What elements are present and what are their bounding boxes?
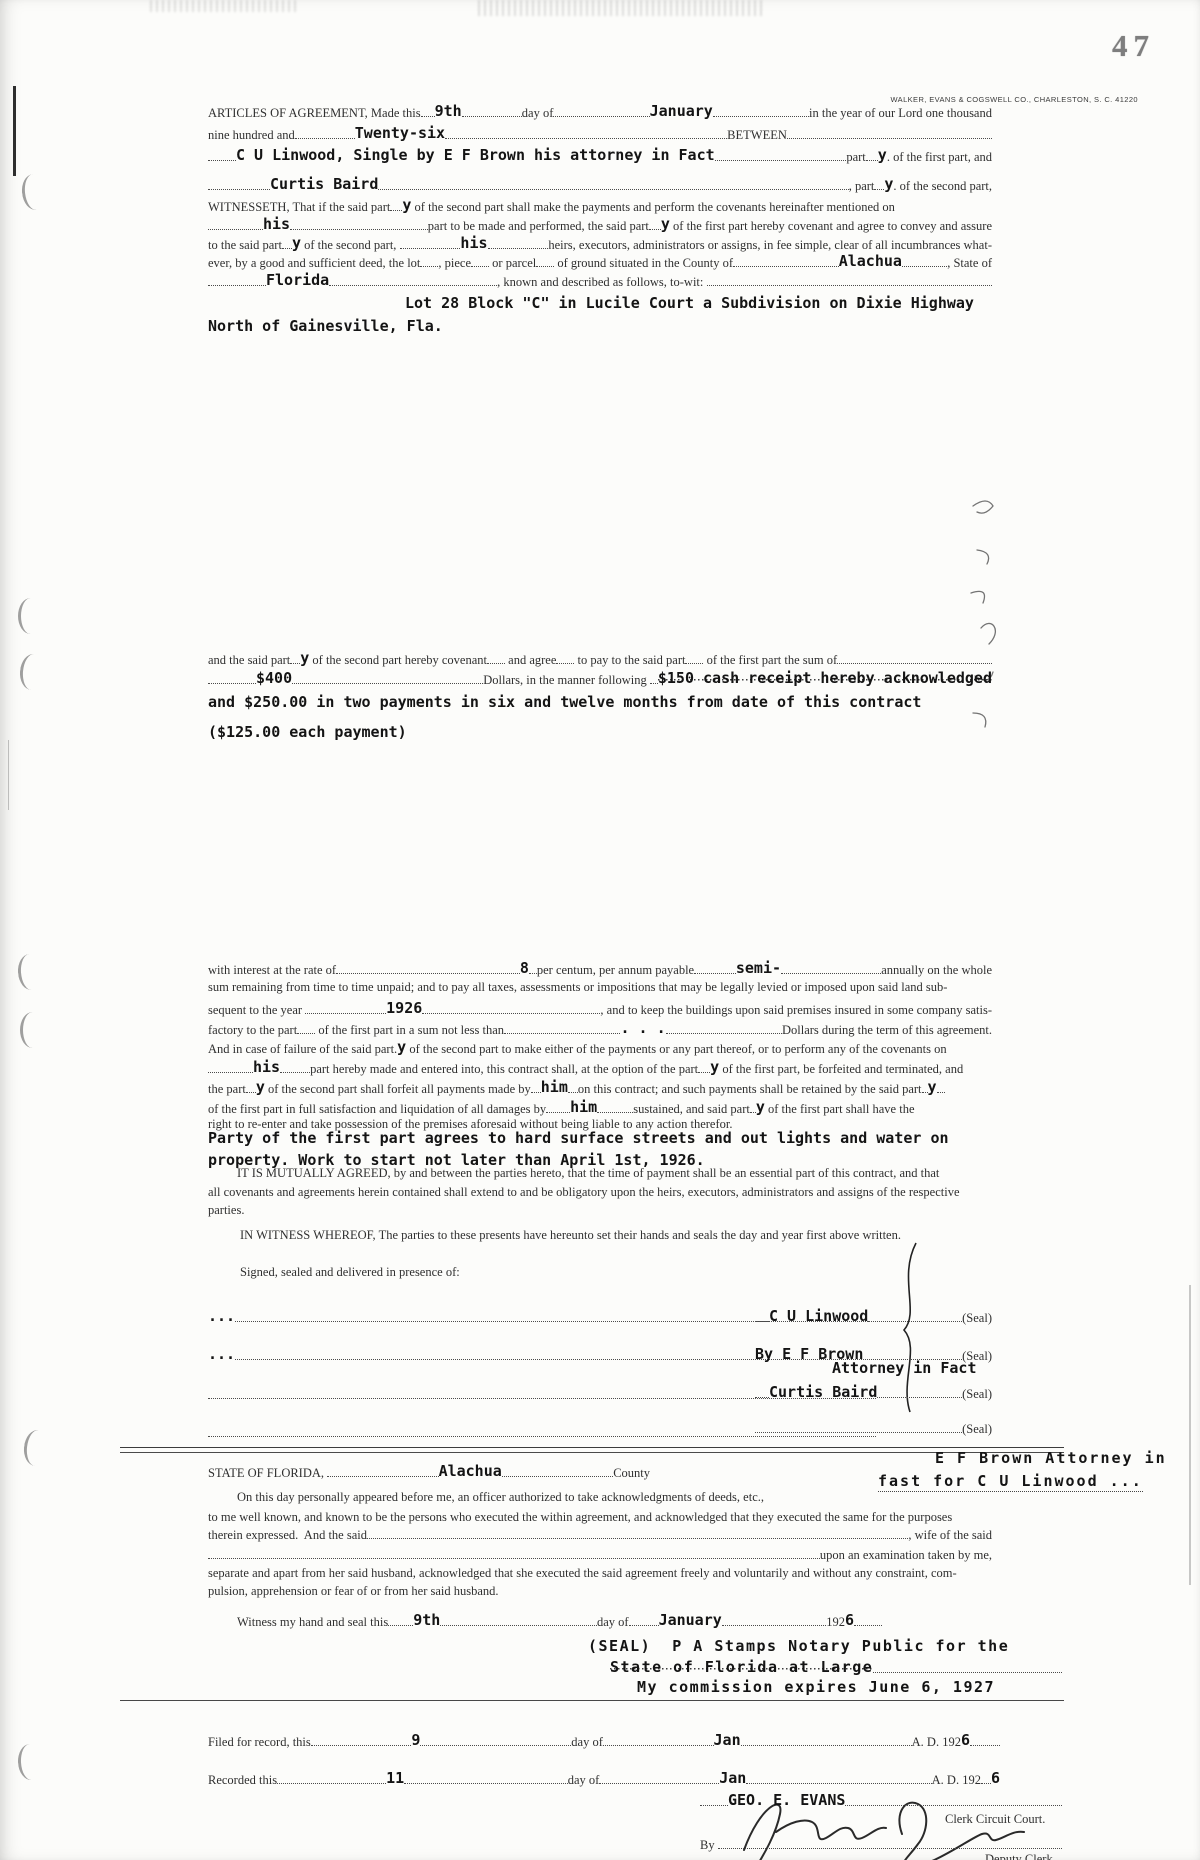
printed-text: the part (208, 1082, 246, 1097)
ack-line-1: On this day personally appeared before m… (237, 1490, 764, 1505)
typed-text: him (541, 1078, 568, 1096)
printed-text: A. D. 192 (932, 1773, 981, 1788)
dotted-blank (400, 244, 461, 249)
printed-text: , wife of the said (908, 1528, 992, 1543)
dotted-blank (531, 1088, 541, 1093)
attorney-in-fact-note: Attorney in Fact (832, 1360, 977, 1378)
printed-text: Filed for record, this (208, 1735, 311, 1750)
printed-text: , part (849, 179, 875, 194)
payment-line-2: $400Dollars, in the manner following $15… (208, 670, 992, 688)
printed-text: , and to keep the buildings upon said pr… (600, 1003, 992, 1018)
typed-text: . . . (620, 1019, 665, 1037)
dotted-blank (722, 1621, 826, 1626)
printed-text: of ground situated in the County of (554, 256, 733, 271)
typed-text: 11 (386, 1769, 404, 1787)
witnesseth-line-1: WITNESSETH, That if the said party of th… (208, 197, 895, 215)
party-sig-row-4: (Seal) (755, 1422, 992, 1437)
dotted-blank (868, 1317, 962, 1322)
dotted-blank (877, 1393, 962, 1398)
first-party-line: C U Linwood, Single by E F Brown his att… (208, 147, 992, 165)
printed-text: parties. (208, 1203, 244, 1218)
dotted-blank (471, 262, 489, 267)
printed-text: day of (522, 106, 554, 121)
mutually-agreed-line-1: IT IS MUTUALLY AGREED, by and between th… (237, 1166, 939, 1181)
punch-hole (22, 1429, 51, 1467)
scan-smudge (478, 0, 763, 16)
printed-text: of the second part shall forfeit all pay… (265, 1082, 531, 1097)
printed-text: of the first part in full satisfaction a… (208, 1102, 546, 1117)
ack-line-2: to me well known, and known to be the pe… (208, 1510, 952, 1525)
payment-line-3: and $250.00 in two payments in six and t… (208, 694, 921, 712)
printed-text: of the first part, be forfeited and term… (719, 1062, 963, 1077)
printed-text: Deputy Clerk (985, 1852, 1053, 1860)
typed-text: 6 (845, 1611, 854, 1629)
typed-text: January (659, 1611, 722, 1629)
typed-text: State of Florida at Large (610, 1658, 873, 1676)
dotted-blank (208, 281, 266, 286)
dotted-blank (781, 969, 881, 974)
printed-text: . of the second part, (893, 179, 992, 194)
printed-text: day of (597, 1615, 629, 1630)
printed-text: BETWEEN (727, 128, 787, 143)
notary-party-note-2: fast for C U Linwood ... (878, 1473, 1143, 1493)
property-description-1: Lot 28 Block "C" in Lucile Court a Subdi… (405, 295, 974, 313)
ack-line-3: therein expressed. And the said, wife of… (208, 1528, 992, 1543)
printed-text: of the first part shall have the (765, 1102, 915, 1117)
printed-text: to me well known, and known to be the pe… (208, 1510, 952, 1525)
dotted-blank (378, 185, 848, 190)
dotted-blank (208, 679, 256, 684)
dotted-blank (718, 1844, 1062, 1849)
section-divider (120, 1447, 1064, 1453)
printed-text: Clerk Circuit Court. (945, 1812, 1045, 1827)
dotted-blank (902, 262, 947, 267)
printed-text: therein expressed. And the said (208, 1528, 367, 1543)
interest-line-2: sum remaining from time to time unpaid; … (208, 980, 947, 995)
punch-hole (20, 173, 49, 211)
dotted-blank (420, 1741, 571, 1746)
dotted-blank (404, 1779, 568, 1784)
dotted-blank (536, 262, 554, 267)
dotted-blank (937, 1088, 945, 1093)
typed-text: 9th (435, 102, 462, 120)
typed-text: $400 (256, 669, 292, 687)
notary-stamp-3: My commission expires June 6, 1927 (637, 1679, 995, 1697)
dotted-blank (755, 1428, 962, 1433)
typed-text: Alachua (839, 252, 902, 270)
dotted-blank (208, 156, 236, 161)
dotted-blank (556, 659, 574, 664)
typed-text: Curtis Baird (769, 1383, 877, 1401)
typed-text: 1926 (386, 999, 422, 1017)
printed-text: (Seal) (962, 1387, 992, 1402)
dotted-blank (488, 244, 549, 249)
printed-text: Dollars, in the manner following (483, 673, 650, 688)
dotted-blank (981, 1779, 991, 1784)
typed-text: Jan (714, 1731, 741, 1749)
printed-text: , piece (438, 256, 471, 271)
witnesseth-line-5: Florida, known and described as follows,… (208, 272, 992, 290)
dotted-blank (694, 969, 736, 974)
clerk-name-line: GEO. E. EVANS (700, 1792, 1062, 1810)
printed-text: pulsion, apprehension or fear of or from… (208, 1584, 499, 1599)
printed-text: (Seal) (962, 1422, 992, 1437)
printed-text: ever, by a good and sufficient deed, the… (208, 256, 420, 271)
printed-text: ARTICLES OF AGREEMENT, Made this (208, 106, 421, 121)
typed-text: y (878, 146, 887, 164)
printed-text: part to be made and performed, the said … (428, 219, 649, 234)
printed-text: 192 (826, 1615, 845, 1630)
witness-whereof-line: IN WITNESS WHEREOF, The parties to these… (240, 1228, 901, 1243)
party-sig-row-3: Curtis Baird(Seal) (755, 1384, 992, 1402)
date-line: ARTICLES OF AGREEMENT, Made this9thday o… (208, 103, 992, 121)
printed-text: with interest at the rate of (208, 963, 336, 978)
dotted-blank (305, 1009, 386, 1014)
second-party-line: Curtis Baird, party. of the second part, (208, 176, 992, 194)
typed-text: his (263, 215, 290, 233)
typed-text: him (570, 1098, 597, 1116)
dotted-blank (208, 1068, 253, 1073)
printed-text: in the year of our Lord one thousand (809, 106, 992, 121)
punch-hole (18, 653, 46, 691)
printed-text: annually on the whole (881, 963, 992, 978)
typed-text: fast for C U Linwood ... (878, 1472, 1143, 1492)
dotted-blank (546, 1108, 570, 1113)
typed-text: January (650, 102, 713, 120)
typed-text: y (402, 196, 411, 214)
interest-line-1: with interest at the rate of8per centum,… (208, 960, 992, 978)
punch-hole (20, 1012, 45, 1048)
printed-text: of the second part, (301, 238, 400, 253)
printed-text: sequent to the year (208, 1003, 305, 1018)
witnesseth-line-2: hispart to be made and performed, the sa… (208, 216, 992, 234)
typed-text: GEO. E. EVANS (728, 1791, 845, 1809)
dotted-blank (297, 1029, 315, 1034)
dotted-blank (597, 1108, 633, 1113)
property-description-2: North of Gainesville, Fla. (208, 318, 443, 336)
typed-text: y (710, 1058, 719, 1076)
dotted-blank (487, 659, 505, 664)
printed-text: factory to the part (208, 1023, 297, 1038)
notary-stamp-1: (SEAL) P A Stamps Notary Public for the (588, 1638, 1009, 1656)
notary-stamp-2: State of Florida at Large (610, 1659, 1062, 1677)
dotted-blank (208, 1554, 820, 1559)
typed-text: 6 (991, 1769, 1000, 1787)
filed-line: Filed for record, this9day ofJanA. D. 19… (208, 1732, 1000, 1750)
typed-text: y (756, 1098, 765, 1116)
printed-text: and the said part (208, 653, 290, 668)
typed-text: y (300, 649, 309, 667)
punch-hole (17, 1743, 44, 1780)
county-line: STATE OF FLORIDA, AlachuaCounty (208, 1463, 650, 1481)
printed-text: IT IS MUTUALLY AGREED, by and between th… (237, 1166, 939, 1181)
dotted-blank (874, 185, 884, 190)
dotted-blank (420, 262, 438, 267)
printed-text: WITNESSETH, That if the said part (208, 200, 390, 215)
printed-text: day of (571, 1735, 603, 1750)
dotted-blank (854, 1621, 882, 1626)
scan-smudge (150, 0, 300, 12)
printed-text: Dollars during the term of this agreemen… (782, 1023, 992, 1038)
witness-seal-line: Witness my hand and seal this9thday ofJa… (237, 1612, 882, 1630)
dotted-blank (280, 1068, 310, 1073)
interest-line-3: sequent to the year 1926, and to keep th… (208, 1000, 992, 1018)
typed-text: y (928, 1078, 937, 1096)
dotted-blank (746, 1779, 931, 1784)
dotted-blank (462, 112, 522, 117)
witnesseth-line-3: to the said party of the second part, hi… (208, 235, 992, 253)
typed-text: Florida (266, 271, 329, 289)
dotted-blank (292, 679, 483, 684)
printed-text: of the second part shall make the paymen… (411, 200, 895, 215)
scan-edge-mark (8, 740, 9, 810)
typed-text: ($125.00 each payment) (208, 723, 407, 741)
dotted-blank (445, 134, 727, 139)
dotted-blank (599, 1779, 719, 1784)
punch-hole (17, 953, 44, 991)
deputy-sign-line: By (700, 1838, 1062, 1853)
printed-text: And in case of failure of the said part. (208, 1042, 397, 1057)
printed-text: heirs, executors, administrators or assi… (548, 238, 992, 253)
typed-text: his (253, 1058, 280, 1076)
typed-text: Jan (719, 1769, 746, 1787)
printed-text: On this day personally appeared before m… (237, 1490, 764, 1505)
page-number: 47 (1112, 28, 1155, 64)
mutually-agreed-line-3: parties. (208, 1203, 244, 1218)
printed-text: separate and apart from her said husband… (208, 1566, 957, 1581)
printed-text: , known and described as follows, to-wit… (497, 275, 706, 290)
ack-line-6: pulsion, apprehension or fear of or from… (208, 1584, 499, 1599)
notary-party-note-1: E F Brown Attorney in (935, 1450, 1167, 1468)
typed-text: 8 (520, 959, 529, 977)
forfeit-line-4: of the first part in full satisfaction a… (208, 1099, 915, 1117)
typed-text: C U Linwood (769, 1307, 868, 1325)
printed-text: By (700, 1838, 718, 1853)
printed-text: County (613, 1466, 650, 1481)
dotted-blank (700, 1801, 728, 1806)
clerk-title-line: Clerk Circuit Court. (945, 1812, 1045, 1827)
typed-text: y (884, 175, 893, 193)
interest-line-4: factory to the part of the first part in… (208, 1020, 992, 1038)
party-sig-row-1: C U Linwood(Seal) (755, 1308, 992, 1326)
printed-text: of the second part to make either of the… (406, 1042, 946, 1057)
dotted-blank (290, 659, 300, 664)
printed-text: of the first part in a sum not less than (315, 1023, 504, 1038)
dotted-blank (649, 225, 661, 230)
typed-text: Twenty-six (355, 124, 445, 142)
dotted-blank (553, 112, 649, 117)
year-between-line: nine hundred andTwenty-sixBETWEEN (208, 125, 992, 143)
typed-text: 6 (961, 1731, 970, 1749)
dotted-blank (208, 185, 270, 190)
dotted-blank (311, 1741, 412, 1746)
dotted-blank (504, 1029, 620, 1034)
typed-text: Alachua (439, 1462, 502, 1480)
dotted-blank (715, 156, 847, 161)
typed-text: Party of the first part agrees to hard s… (208, 1129, 949, 1147)
dotted-blank (282, 244, 292, 249)
dotted-blank (422, 1009, 600, 1014)
payment-line-1: and the said party of the second part he… (208, 650, 992, 668)
ink-marks (965, 498, 1011, 733)
dotted-blank (713, 112, 809, 117)
printed-text: to pay to the said part (574, 653, 685, 668)
dotted-blank (440, 1621, 597, 1626)
witnesseth-line-4: ever, by a good and sufficient deed, the… (208, 253, 992, 271)
typed-text: My commission expires June 6, 1927 (637, 1678, 995, 1696)
dotted-blank (603, 1741, 714, 1746)
scan-edge-mark (13, 86, 16, 176)
typed-text: Lot 28 Block "C" in Lucile Court a Subdi… (405, 294, 974, 312)
dotted-blank (755, 1393, 769, 1398)
dotted-blank (529, 969, 537, 974)
dotted-blank (741, 1741, 912, 1746)
deputy-title-line: Deputy Clerk (985, 1852, 1053, 1860)
recorded-line: Recorded this11day ofJanA. D. 1926 (208, 1770, 1000, 1788)
dotted-blank (698, 1068, 710, 1073)
printed-text: of the second part hereby covenant (309, 653, 487, 668)
typed-text: E F Brown Attorney in (935, 1449, 1167, 1467)
typed-text: y (397, 1038, 406, 1056)
typed-text: y (256, 1078, 265, 1096)
improvements-line-1: Party of the first part agrees to hard s… (208, 1130, 949, 1148)
printed-text: (Seal) (962, 1311, 992, 1326)
typed-text: y (292, 234, 301, 252)
typed-text: his (460, 234, 487, 252)
printed-text: . of the first part, and (887, 150, 992, 165)
typed-text: 9th (413, 1611, 440, 1629)
printed-text: IN WITNESS WHEREOF, The parties to these… (240, 1228, 901, 1243)
printed-text: per centum, per annum payable (537, 963, 694, 978)
dotted-blank (707, 281, 993, 286)
forfeit-line-3: the party of the second part shall forfe… (208, 1079, 945, 1097)
dotted-blank (208, 225, 263, 230)
printed-text: to the said part (208, 238, 282, 253)
printed-text: A. D. 192 (912, 1735, 961, 1750)
printed-text: STATE OF FLORIDA, (208, 1466, 327, 1481)
dotted-blank (336, 969, 520, 974)
typed-text: Attorney in Fact (832, 1359, 977, 1377)
scan-edge-mark (1189, 1285, 1191, 1585)
dotted-blank (290, 225, 428, 230)
typed-text: 9 (411, 1731, 420, 1749)
typed-text: Curtis Baird (270, 175, 378, 193)
printed-text: part (846, 150, 865, 165)
printed-text: Recorded this (208, 1773, 277, 1788)
dotted-blank (388, 1621, 413, 1626)
printed-text: Witness my hand and seal this (237, 1615, 388, 1630)
printed-text: Signed, sealed and delivered in presence… (240, 1265, 460, 1280)
typed-text: North of Gainesville, Fla. (208, 317, 443, 335)
dotted-blank (246, 1088, 256, 1093)
dotted-blank (329, 281, 497, 286)
printed-text: sum remaining from time to time unpaid; … (208, 980, 947, 995)
dotted-blank (277, 1779, 386, 1784)
dotted-blank (650, 679, 658, 684)
typed-text: $150 cash receipt hereby acknowledged (658, 669, 992, 687)
printed-text: and agree (505, 653, 556, 668)
typed-text: y (661, 215, 670, 233)
dotted-blank (502, 1472, 613, 1477)
dotted-blank (733, 262, 839, 267)
printed-text: of the first part the sum of (703, 653, 837, 668)
ack-line-4: upon an examination taken by me, (208, 1548, 992, 1563)
printed-text: upon an examination taken by me, (820, 1548, 992, 1563)
mutually-agreed-line-2: all covenants and agreements herein cont… (208, 1185, 960, 1200)
dotted-blank (970, 1741, 1000, 1746)
dotted-blank (866, 156, 878, 161)
dotted-blank (787, 134, 992, 139)
dotted-blank (295, 134, 355, 139)
dotted-blank (421, 112, 435, 117)
printed-text: all covenants and agreements herein cont… (208, 1185, 960, 1200)
typed-text: and $250.00 in two payments in six and t… (208, 693, 921, 711)
forfeit-line-1: And in case of failure of the said part.… (208, 1039, 947, 1057)
payment-line-4: ($125.00 each payment) (208, 724, 407, 742)
typed-text: semi- (736, 959, 781, 977)
dotted-blank (327, 1472, 438, 1477)
ack-line-5: separate and apart from her said husband… (208, 1566, 957, 1581)
dotted-blank (873, 1668, 1062, 1673)
printed-text: , State of (947, 256, 992, 271)
dotted-blank (845, 1801, 1062, 1806)
printed-text: nine hundred and (208, 128, 295, 143)
printed-text: part hereby made and entered into, this … (310, 1062, 698, 1077)
printed-text: sustained, and said part (633, 1102, 750, 1117)
forfeit-line-2: hispart hereby made and entered into, th… (208, 1059, 963, 1077)
punch-hole (18, 598, 43, 634)
printed-text: or parcel (489, 256, 536, 271)
scanned-deed-page: 47 WALKER, EVANS & COGSWELL CO., CHARLES… (0, 0, 1200, 1860)
dotted-blank (685, 659, 703, 664)
dotted-blank (837, 659, 992, 664)
section-divider (120, 1700, 1064, 1701)
dotted-blank (568, 1088, 578, 1093)
presence-line: Signed, sealed and delivered in presence… (240, 1265, 460, 1280)
printed-text: on this contract; and such payments shal… (578, 1082, 922, 1097)
printed-text: day of (568, 1773, 600, 1788)
dotted-blank (755, 1317, 769, 1322)
typed-text: ... (208, 1345, 235, 1363)
typed-text: (SEAL) P A Stamps Notary Public for the (588, 1637, 1009, 1655)
dotted-blank (367, 1534, 908, 1539)
dotted-blank (629, 1621, 659, 1626)
printed-text: of the first part hereby covenant and ag… (670, 219, 992, 234)
typed-text: ... (208, 1307, 235, 1325)
dotted-blank (666, 1029, 782, 1034)
dotted-blank (390, 206, 402, 211)
typed-text: C U Linwood, Single by E F Brown his att… (236, 146, 715, 164)
